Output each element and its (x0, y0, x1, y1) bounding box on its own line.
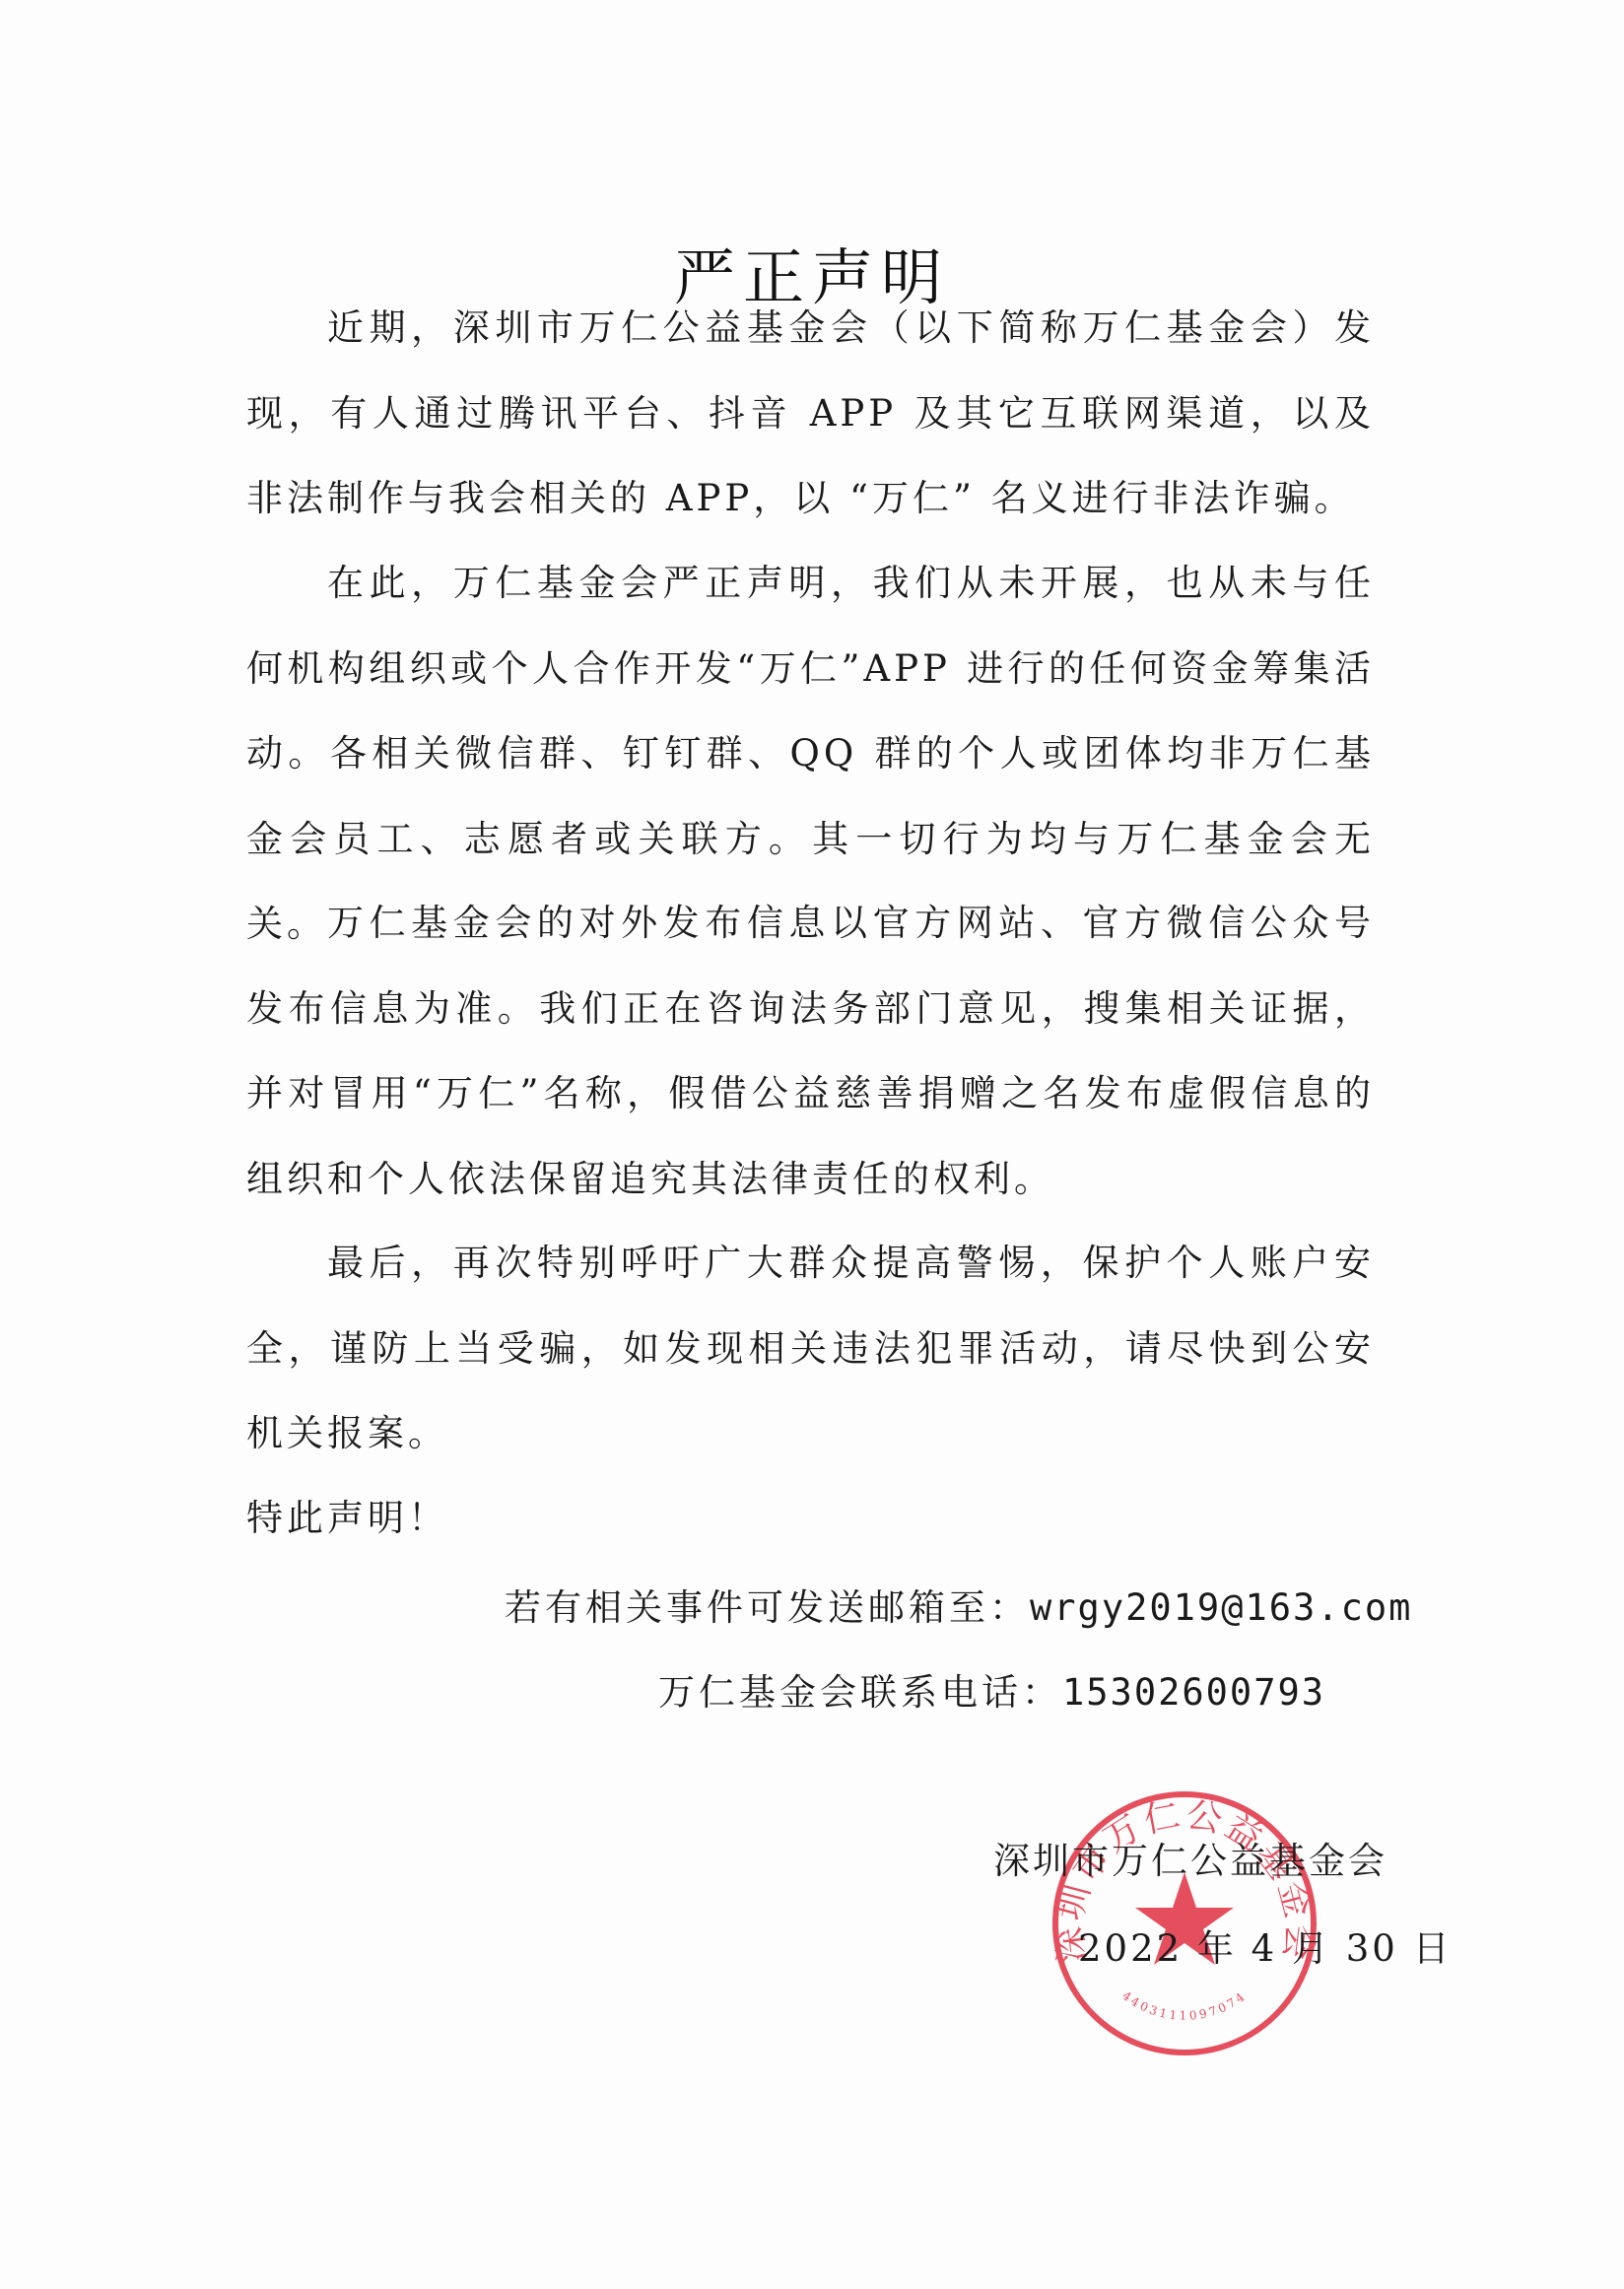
paragraph-text: 最后，再次特别呼吁广大群众提高警惕，保护个人账户安全，谨防上当受骗，如发现相关违… (246, 1221, 1375, 1477)
phone-label: 万仁基金会联系电话： (658, 1671, 1062, 1714)
closing-statement: 特此声明！ (246, 1476, 1375, 1562)
email-address: wrgy2019@163.com (1030, 1586, 1412, 1629)
contact-email-line: 若有相关事件可发送邮箱至：wrgy2019@163.com (505, 1583, 1412, 1633)
email-label: 若有相关事件可发送邮箱至： (505, 1586, 1030, 1629)
signature-date: 2022 年 4 月 30 日 (1078, 1924, 1453, 1974)
phone-number: 15302600793 (1062, 1671, 1325, 1714)
signature-organization: 深圳市万仁公益基金会 (993, 1837, 1387, 1886)
paragraph-1: 近期，深圳市万仁公益基金会（以下简称万仁基金会）发现，有人通过腾讯平台、抖音 A… (246, 286, 1375, 542)
svg-text:4403111097074: 4403111097074 (1119, 1988, 1249, 2023)
paragraph-text: 近期，深圳市万仁公益基金会（以下简称万仁基金会）发现，有人通过腾讯平台、抖音 A… (246, 286, 1375, 542)
contact-phone-line: 万仁基金会联系电话：15302600793 (658, 1668, 1325, 1717)
closing-text: 特此声明！ (246, 1476, 1375, 1562)
seal-code-text: 4403111097074 (1119, 1988, 1249, 2023)
paragraph-4: 最后，再次特别呼吁广大群众提高警惕，保护个人账户安全，谨防上当受骗，如发现相关违… (246, 1221, 1375, 1477)
paragraph-text: 万仁基金会的对外发布信息以官方网站、官方微信公众号发布信息为准。我们正在咨询法务… (246, 881, 1375, 1222)
paragraph-3: 万仁基金会的对外发布信息以官方网站、官方微信公众号发布信息为准。我们正在咨询法务… (246, 881, 1375, 1222)
document-page: 严正声明 近期，深圳市万仁公益基金会（以下简称万仁基金会）发现，有人通过腾讯平台… (0, 0, 1624, 2289)
official-seal-icon: 深圳市万仁公益基金会 4403111097074 (1047, 1785, 1322, 2061)
